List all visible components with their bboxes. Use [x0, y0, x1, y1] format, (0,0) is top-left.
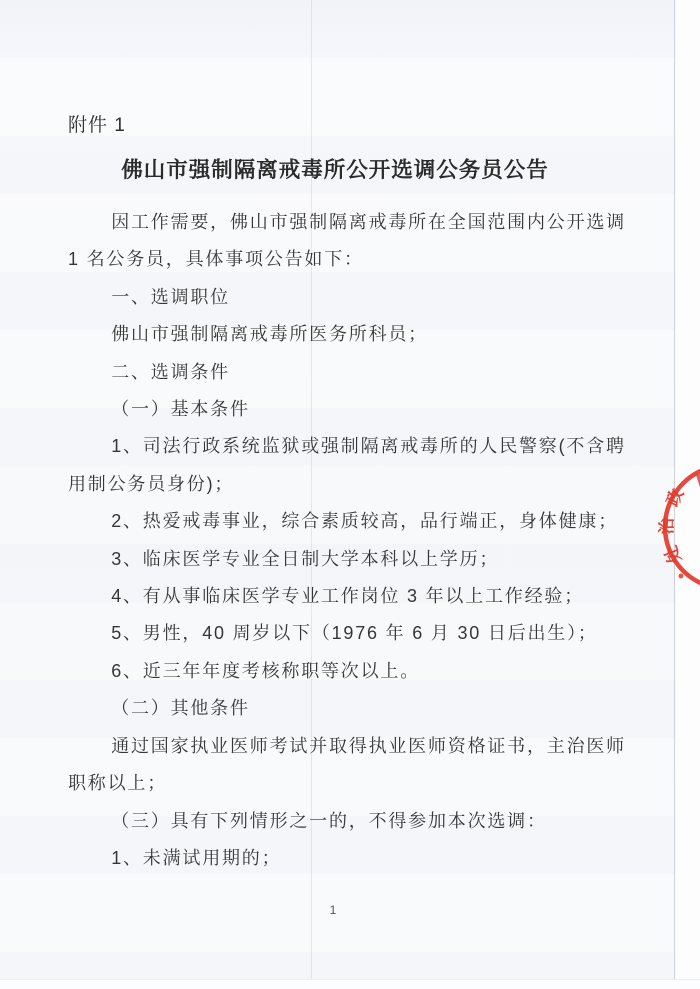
page-edge-line: [674, 0, 675, 989]
section-1-heading: 一、选调职位: [68, 279, 640, 316]
page-number: 1: [318, 903, 348, 917]
condition-4: 4、有从事临床医学专业工作岗位 3 年以上工作经验；: [68, 578, 640, 615]
condition-3: 3、临床医学专业全日制大学本科以上学历；: [68, 541, 640, 578]
basic-conditions-heading: （一）基本条件: [68, 391, 640, 428]
other-conditions-heading: （二）其他条件: [68, 690, 640, 727]
page-title: 佛山市强制隔离戒毒所公开选调公务员公告: [68, 150, 602, 190]
exclusion-1: 1、未满试用期的；: [68, 840, 640, 877]
document-content: 附件 1 佛山市强制隔离戒毒所公开选调公务员公告 因工作需要，佛山市强制隔离戒毒…: [68, 0, 640, 877]
section-2-heading: 二、选调条件: [68, 354, 640, 391]
page-bottom-edge: [0, 979, 700, 989]
page-right-strip: [675, 0, 700, 989]
condition-2: 2、热爱戒毒事业，综合素质较高，品行端正，身体健康；: [68, 503, 640, 540]
condition-5: 5、男性，40 周岁以下（1976 年 6 月 30 日后出生）；: [68, 615, 640, 652]
other-conditions-text: 通过国家执业医师考试并取得执业医师资格证书，主治医师职称以上；: [68, 728, 640, 803]
document-page: 附件 1 佛山市强制隔离戒毒所公开选调公务员公告 因工作需要，佛山市强制隔离戒毒…: [0, 0, 700, 989]
position-line: 佛山市强制隔离戒毒所医务所科员；: [68, 316, 640, 353]
exclusion-heading: （三）具有下列情形之一的，不得参加本次选调：: [68, 803, 640, 840]
intro-paragraph: 因工作需要，佛山市强制隔离戒毒所在全国范围内公开选调 1 名公务员，具体事项公告…: [68, 204, 640, 279]
attachment-label: 附件 1: [68, 108, 640, 144]
document-body: 因工作需要，佛山市强制隔离戒毒所在全国范围内公开选调 1 名公务员，具体事项公告…: [68, 204, 640, 877]
condition-6: 6、近三年年度考核称职等次以上。: [68, 653, 640, 690]
condition-1: 1、司法行政系统监狱或强制隔离戒毒所的人民警察(不含聘用制公务员身份)；: [68, 428, 640, 503]
